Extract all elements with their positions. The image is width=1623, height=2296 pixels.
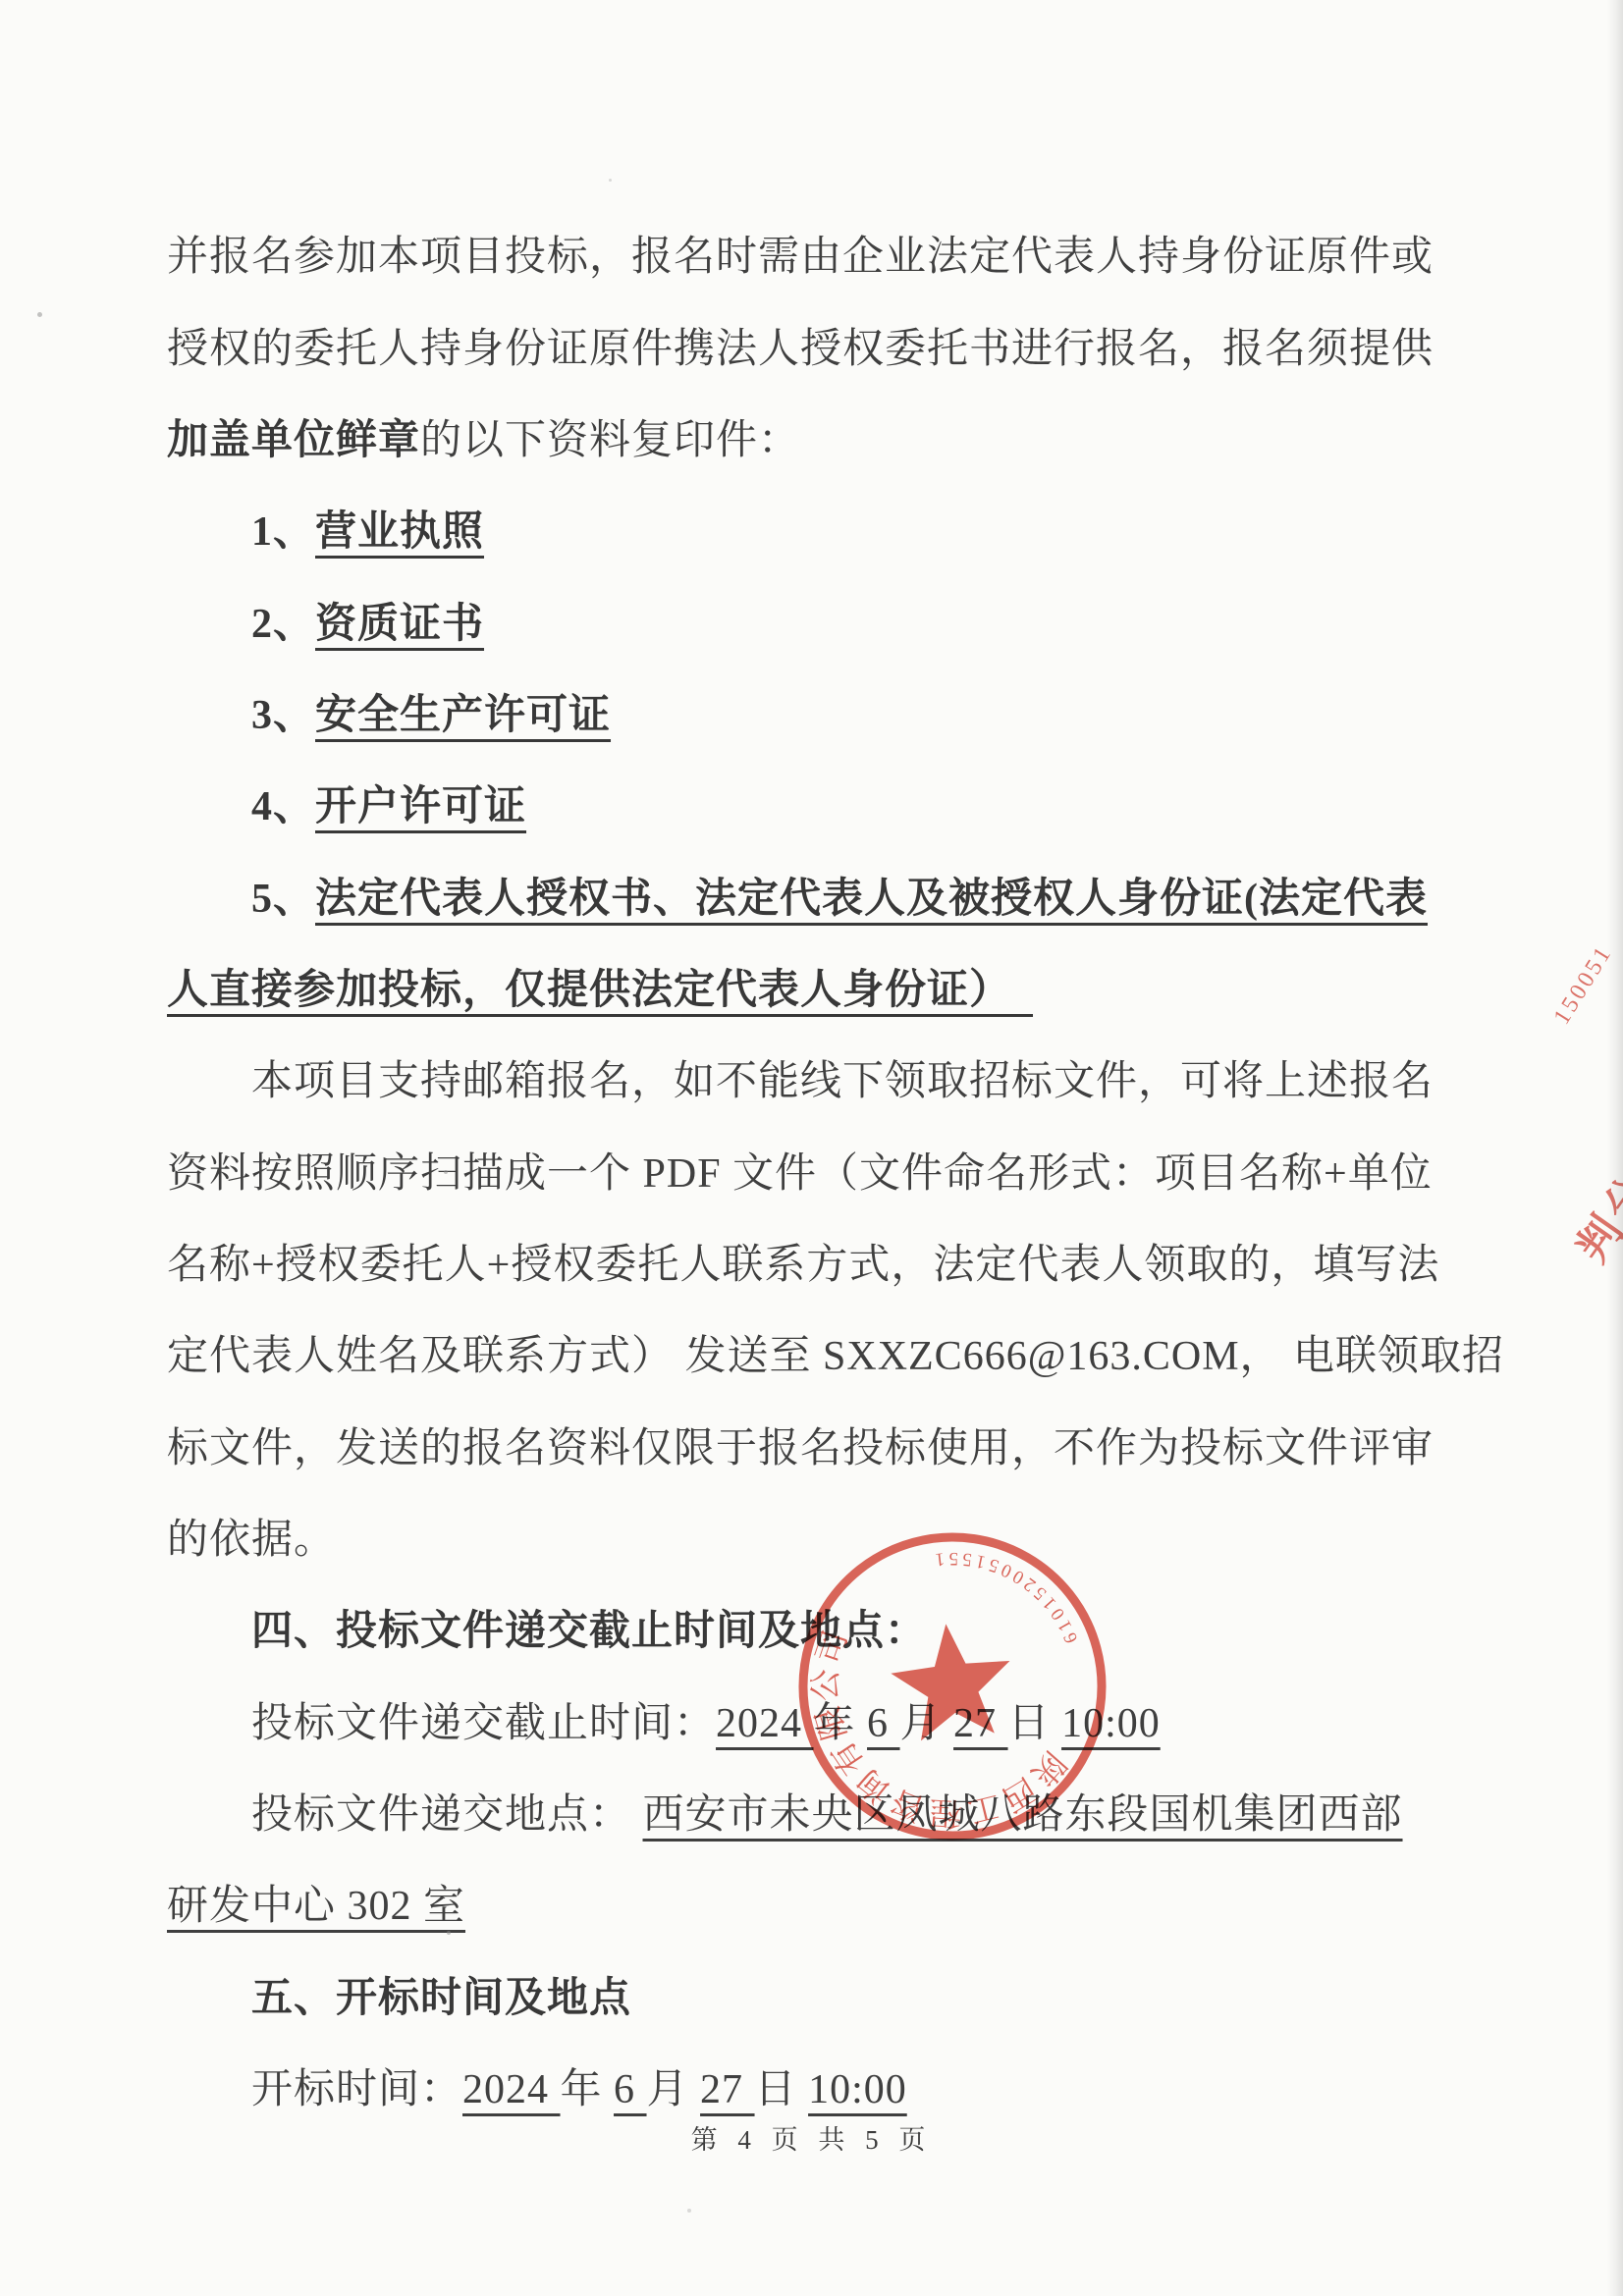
text-line: 本项目支持邮箱报名，如不能线下领取招标文件，可将上述报名 bbox=[251, 1053, 1434, 1110]
text-segment: 投标文件递交截止时间： bbox=[251, 1701, 716, 1746]
text-segment: 授权的委托人持身份证原件携法人授权委托书进行报名，报名须提供 bbox=[167, 327, 1434, 372]
text-segment: 3、 bbox=[251, 693, 315, 738]
text-line: 的依据。 bbox=[167, 1512, 336, 1569]
underlined-text: 2024 bbox=[462, 2067, 561, 2112]
text-segment: 投标文件递交地点： bbox=[251, 1792, 643, 1838]
scanned-document-page: 并报名参加本项目投标，报名时需由企业法定代表人持身份证原件或授权的委托人持身份证… bbox=[0, 0, 1623, 2296]
text-segment: 开标时间： bbox=[251, 2067, 462, 2112]
underlined-text: 人直接参加投标，仅提供法定代表人身份证） bbox=[167, 968, 1033, 1013]
text-segment: 定代表人姓名及联系方式） 发送至 SXXZC666@163.COM， 电联领取招 bbox=[167, 1334, 1504, 1379]
text-segment: 5、 bbox=[251, 877, 315, 922]
underlined-text: 6 bbox=[614, 2067, 647, 2112]
text-segment: 名称+授权委托人+授权委托人联系方式，法定代表人领取的，填写法 bbox=[167, 1243, 1439, 1288]
text-segment: 年 bbox=[561, 2067, 615, 2112]
text-line: 标文件，发送的报名资料仅限于报名投标使用，不作为投标文件评审 bbox=[167, 1420, 1434, 1477]
scan-speck bbox=[609, 179, 612, 182]
text-segment: 2、 bbox=[251, 602, 315, 647]
text-segment: 五、开标时间及地点 bbox=[251, 1976, 631, 2021]
text-segment: 标文件，发送的报名资料仅限于报名投标使用，不作为投标文件评审 bbox=[167, 1426, 1434, 1471]
underlined-text: 开户许可证 bbox=[315, 784, 526, 829]
text-line: 3、安全生产许可证 bbox=[251, 687, 611, 744]
text-line: 1、营业执照 bbox=[251, 504, 484, 561]
scan-speck bbox=[687, 2209, 691, 2213]
scan-speck bbox=[37, 312, 42, 317]
text-line: 加盖单位鲜章的以下资料复印件： bbox=[167, 412, 800, 469]
text-segment: 1、 bbox=[251, 509, 315, 555]
text-segment: 资料按照顺序扫描成一个 PDF 文件（文件命名形式：项目名称+单位 bbox=[167, 1151, 1433, 1197]
underlined-text: 法定代表人授权书、法定代表人及被授权人身份证(法定代表 bbox=[315, 877, 1428, 922]
page-footer: 第 4 页 共 5 页 bbox=[0, 2118, 1623, 2157]
official-seal-stamp: 陕西工程咨询有限公司 6101520051551 bbox=[776, 1510, 1129, 1863]
seal-star-icon bbox=[869, 1613, 1029, 1771]
text-segment: 4、 bbox=[251, 784, 315, 829]
text-line: 名称+授权委托人+授权委托人联系方式，法定代表人领取的，填写法 bbox=[167, 1237, 1439, 1294]
underlined-text: 10:00 bbox=[808, 2067, 907, 2112]
text-segment: 本项目支持邮箱报名，如不能线下领取招标文件，可将上述报名 bbox=[251, 1059, 1434, 1104]
text-line: 2、资质证书 bbox=[251, 596, 484, 653]
text-line: 五、开标时间及地点 bbox=[251, 1970, 631, 2027]
underlined-text: 研发中心 302 室 bbox=[167, 1884, 465, 1929]
underlined-text: 安全生产许可证 bbox=[315, 693, 611, 738]
text-line: 授权的委托人持身份证原件携法人授权委托书进行报名，报名须提供 bbox=[167, 321, 1434, 378]
text-line: 4、开户许可证 bbox=[251, 778, 526, 835]
text-line: 开标时间：2024 年 6 月 27 日 10:00 bbox=[251, 2061, 907, 2118]
scan-edge-shadow bbox=[1607, 0, 1623, 2296]
text-segment: 的以下资料复印件： bbox=[420, 418, 800, 463]
text-segment: 月 bbox=[647, 2067, 701, 2112]
seal-company-text: 陕西工程咨询有限公司 bbox=[776, 1618, 1076, 1863]
text-line: 5、法定代表人授权书、法定代表人及被授权人身份证(法定代表 bbox=[251, 871, 1428, 928]
text-segment: 的依据。 bbox=[167, 1518, 336, 1563]
text-line: 并报名参加本项目投标，报名时需由企业法定代表人持身份证原件或 bbox=[167, 229, 1434, 286]
text-line: 研发中心 302 室 bbox=[167, 1878, 465, 1935]
text-line: 定代表人姓名及联系方式） 发送至 SXXZC666@163.COM， 电联领取招 bbox=[167, 1328, 1504, 1385]
text-line: 资料按照顺序扫描成一个 PDF 文件（文件命名形式：项目名称+单位 bbox=[167, 1146, 1433, 1202]
text-segment: 日 bbox=[755, 2067, 809, 2112]
text-segment: 并报名参加本项目投标，报名时需由企业法定代表人持身份证原件或 bbox=[167, 235, 1434, 280]
underlined-text: 27 bbox=[700, 2067, 755, 2112]
scan-speck bbox=[447, 1931, 451, 1935]
text-line: 人直接参加投标，仅提供法定代表人身份证） bbox=[167, 962, 1033, 1019]
scan-speck bbox=[444, 1170, 448, 1174]
text-segment: 加盖单位鲜章 bbox=[167, 418, 420, 463]
underlined-text: 资质证书 bbox=[315, 602, 484, 647]
underlined-text: 营业执照 bbox=[315, 509, 484, 555]
